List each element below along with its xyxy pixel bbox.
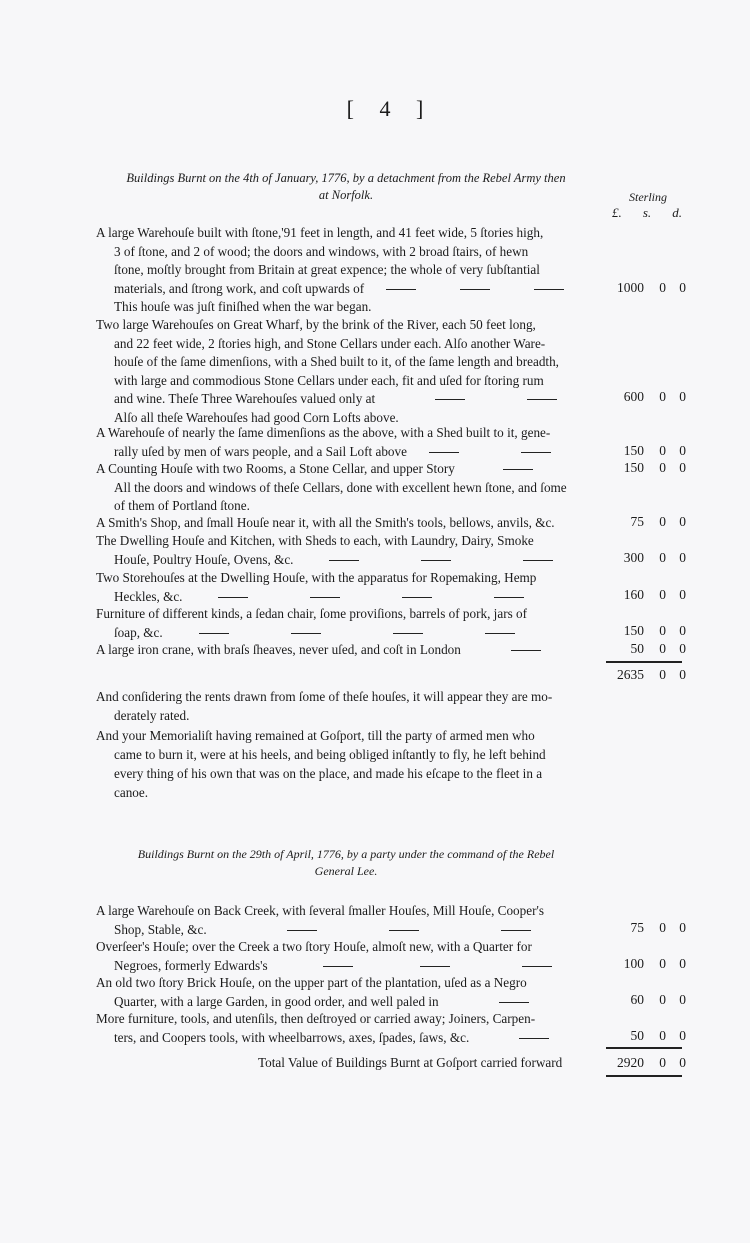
- entry-text: The Dwelling Houſe and Kitchen, with She…: [96, 532, 601, 551]
- entry-amount: 75 0 0: [606, 514, 686, 530]
- pence: 0: [666, 1055, 686, 1071]
- entry-text: Heckles, &c.: [114, 589, 182, 604]
- pence: 0: [666, 920, 686, 936]
- entry-text: with large and commodious Stone Cellars …: [96, 372, 601, 391]
- shillings-col-label: s.: [643, 205, 651, 221]
- leader-dash: [494, 597, 524, 598]
- pence: 0: [666, 641, 686, 657]
- section1-heading-line2: at Norfolk.: [96, 187, 596, 204]
- leader-dash: [287, 930, 317, 931]
- leader-dash: [386, 289, 416, 290]
- leader-dash: [521, 452, 551, 453]
- shillings: 0: [644, 667, 666, 683]
- para-text: came to burn it, were at his heels, and …: [96, 745, 601, 764]
- pence: 0: [666, 587, 686, 603]
- pounds: 50: [606, 641, 644, 657]
- shillings: 0: [644, 443, 666, 459]
- pence-col-label: d.: [672, 205, 682, 221]
- leader-dash: [499, 1002, 529, 1003]
- entry-text: Negroes, formerly Edwards's: [114, 958, 268, 973]
- ledger-entry: An old two ſtory Brick Houſe, on the upp…: [96, 974, 601, 1011]
- pence: 0: [666, 460, 686, 476]
- entry-text: Furniture of different kinds, a ſedan ch…: [96, 605, 601, 624]
- para-text: And conſidering the rents drawn from ſom…: [96, 687, 601, 706]
- entry-text: A large iron crane, with braſs ſheaves, …: [96, 642, 461, 657]
- pence: 0: [666, 1028, 686, 1044]
- ledger-entry: Overſeer's Houſe; over the Creek a two ſ…: [96, 938, 601, 975]
- pence: 0: [666, 443, 686, 459]
- leader-dash: [503, 469, 533, 470]
- currency-header: Sterling £. s. d.: [608, 190, 688, 221]
- pounds: 2635: [606, 667, 644, 683]
- pounds: 2920: [606, 1055, 644, 1071]
- entry-text: and wine. Theſe Three Warehouſes valued …: [114, 391, 375, 406]
- ledger-entry: A Smith's Shop, and ſmall Houſe near it,…: [96, 514, 601, 533]
- leader-dash: [402, 597, 432, 598]
- leader-dash: [534, 289, 564, 290]
- entry-note: This houſe was juſt finiſhed when the wa…: [96, 298, 601, 317]
- entry-text: materials, and ſtrong work, and coſt upw…: [114, 281, 364, 296]
- pounds: 60: [606, 992, 644, 1008]
- shillings: 0: [644, 920, 666, 936]
- ledger-entry: Two large Warehouſes on Great Wharf, by …: [96, 316, 601, 427]
- shillings: 0: [644, 514, 666, 530]
- pounds: 75: [606, 920, 644, 936]
- leader-dash: [485, 633, 515, 634]
- ledger-entry: A Warehouſe of nearly the ſame dimenſion…: [96, 424, 601, 461]
- sum-rule: [606, 661, 682, 663]
- pounds: 75: [606, 514, 644, 530]
- section2-heading-line1: Buildings Burnt on the 29th of April, 17…: [96, 846, 596, 863]
- pounds: 300: [606, 550, 644, 566]
- para-text: every thing of his own that was on the p…: [96, 764, 601, 783]
- shillings: 0: [644, 956, 666, 972]
- currency-label: Sterling: [608, 190, 688, 205]
- ledger-entry: A Counting Houſe with two Rooms, a Stone…: [96, 460, 601, 516]
- pence: 0: [666, 956, 686, 972]
- entry-text: A Warehouſe of nearly the ſame dimenſion…: [96, 424, 601, 443]
- total-label: Total Value of Buildings Burnt at Goſpor…: [258, 1055, 562, 1071]
- entry-text: ters, and Coopers tools, with wheelbarro…: [114, 1030, 469, 1045]
- leader-dash: [522, 966, 552, 967]
- total-amount: 2920 0 0: [606, 1055, 686, 1071]
- leader-dash: [501, 930, 531, 931]
- entry-text: Houſe, Poultry Houſe, Ovens, &c.: [114, 552, 293, 567]
- entry-text: and 22 feet wide, 2 ſtories high, and St…: [96, 335, 601, 354]
- leader-dash: [323, 966, 353, 967]
- leader-dash: [435, 399, 465, 400]
- section1-heading: Buildings Burnt on the 4th of January, 1…: [96, 170, 596, 204]
- entry-text: ſoap, &c.: [114, 625, 163, 640]
- entry-note: of them of Portland ſtone.: [96, 497, 601, 516]
- entry-amount: 160 0 0: [606, 587, 686, 603]
- entry-text: A Counting Houſe with two Rooms, a Stone…: [96, 461, 455, 476]
- entry-text: Two Storehouſes at the Dwelling Houſe, w…: [96, 569, 601, 588]
- leader-dash: [310, 597, 340, 598]
- ledger-entry: A large Warehouſe on Back Creek, with ſe…: [96, 902, 601, 939]
- pounds: 150: [606, 443, 644, 459]
- pounds-col-label: £.: [612, 205, 622, 221]
- leader-dash: [527, 399, 557, 400]
- sum-rule: [606, 1047, 682, 1049]
- para-text: derately rated.: [96, 706, 601, 725]
- entry-note: All the doors and windows of theſe Cella…: [96, 479, 601, 498]
- entry-amount: 150 0 0: [606, 460, 686, 476]
- shillings: 0: [644, 460, 666, 476]
- ledger-entry: More furniture, tools, and utenſils, the…: [96, 1010, 601, 1047]
- section2-heading: Buildings Burnt on the 29th of April, 17…: [96, 846, 596, 880]
- section2-heading-line2: General Lee.: [96, 863, 596, 880]
- shillings: 0: [644, 587, 666, 603]
- pounds: 100: [606, 956, 644, 972]
- entry-amount: 300 0 0: [606, 550, 686, 566]
- entry-amount: 100 0 0: [606, 956, 686, 972]
- leader-dash: [291, 633, 321, 634]
- leader-dash: [421, 560, 451, 561]
- shillings: 0: [644, 623, 666, 639]
- shillings: 0: [644, 280, 666, 296]
- leader-dash: [519, 1038, 549, 1039]
- pence: 0: [666, 667, 686, 683]
- entry-amount: 600 0 0: [606, 389, 686, 405]
- leader-dash: [511, 650, 541, 651]
- leader-dash: [389, 930, 419, 931]
- entry-text: More furniture, tools, and utenſils, the…: [96, 1010, 601, 1029]
- entry-amount: 60 0 0: [606, 992, 686, 1008]
- leader-dash: [429, 452, 459, 453]
- ledger-entry: Furniture of different kinds, a ſedan ch…: [96, 605, 601, 642]
- entry-amount: 150 0 0: [606, 443, 686, 459]
- pence: 0: [666, 623, 686, 639]
- ledger-entry: The Dwelling Houſe and Kitchen, with She…: [96, 532, 601, 569]
- pounds: 150: [606, 623, 644, 639]
- entry-text: 3 of ſtone, and 2 of wood; the doors and…: [96, 243, 601, 262]
- pounds: 160: [606, 587, 644, 603]
- leader-dash: [393, 633, 423, 634]
- para-text: And your Memorialiſt having remained at …: [96, 726, 601, 745]
- subtotal-amount: 2635 0 0: [606, 667, 686, 683]
- entry-amount: 1000 0 0: [606, 280, 686, 296]
- ledger-entry: A large iron crane, with braſs ſheaves, …: [96, 641, 601, 660]
- pounds: 600: [606, 389, 644, 405]
- entry-text: ſtone, moſtly brought from Britain at gr…: [96, 261, 601, 280]
- entry-text: A large Warehouſe built with ſtone,'91 f…: [96, 224, 601, 243]
- entry-amount: 50 0 0: [606, 1028, 686, 1044]
- leader-dash: [218, 597, 248, 598]
- entry-amount: 50 0 0: [606, 641, 686, 657]
- pounds: 150: [606, 460, 644, 476]
- shillings: 0: [644, 641, 666, 657]
- pounds: 1000: [606, 280, 644, 296]
- entry-text: A Smith's Shop, and ſmall Houſe near it,…: [96, 514, 601, 533]
- pence: 0: [666, 514, 686, 530]
- shillings: 0: [644, 1055, 666, 1071]
- entry-text: Overſeer's Houſe; over the Creek a two ſ…: [96, 938, 601, 957]
- leader-dash: [523, 560, 553, 561]
- pence: 0: [666, 280, 686, 296]
- document-page: [ 4 ] Buildings Burnt on the 4th of Janu…: [0, 0, 750, 1243]
- pence: 0: [666, 992, 686, 1008]
- entry-text: rally uſed by men of wars people, and a …: [114, 444, 407, 459]
- entry-text: A large Warehouſe on Back Creek, with ſe…: [96, 902, 601, 921]
- narrative-paragraph: And your Memorialiſt having remained at …: [96, 726, 601, 802]
- page-number: [ 4 ]: [0, 96, 750, 122]
- entry-text: houſe of the ſame dimenſions, with a She…: [96, 353, 601, 372]
- entry-amount: 150 0 0: [606, 623, 686, 639]
- shillings: 0: [644, 992, 666, 1008]
- shillings: 0: [644, 1028, 666, 1044]
- pounds: 50: [606, 1028, 644, 1044]
- entry-text: An old two ſtory Brick Houſe, on the upp…: [96, 974, 601, 993]
- narrative-paragraph: And conſidering the rents drawn from ſom…: [96, 687, 601, 725]
- ledger-entry: Two Storehouſes at the Dwelling Houſe, w…: [96, 569, 601, 606]
- ledger-entry: A large Warehouſe built with ſtone,'91 f…: [96, 224, 601, 317]
- entry-text: Quarter, with a large Garden, in good or…: [114, 994, 439, 1009]
- para-text: canoe.: [96, 783, 601, 802]
- entry-text: Two large Warehouſes on Great Wharf, by …: [96, 316, 601, 335]
- section1-heading-line1: Buildings Burnt on the 4th of January, 1…: [96, 170, 596, 187]
- entry-amount: 75 0 0: [606, 920, 686, 936]
- entry-text: Shop, Stable, &c.: [114, 922, 207, 937]
- pence: 0: [666, 389, 686, 405]
- leader-dash: [460, 289, 490, 290]
- leader-dash: [329, 560, 359, 561]
- shillings: 0: [644, 389, 666, 405]
- leader-dash: [199, 633, 229, 634]
- sum-rule: [606, 1075, 682, 1077]
- pence: 0: [666, 550, 686, 566]
- shillings: 0: [644, 550, 666, 566]
- leader-dash: [420, 966, 450, 967]
